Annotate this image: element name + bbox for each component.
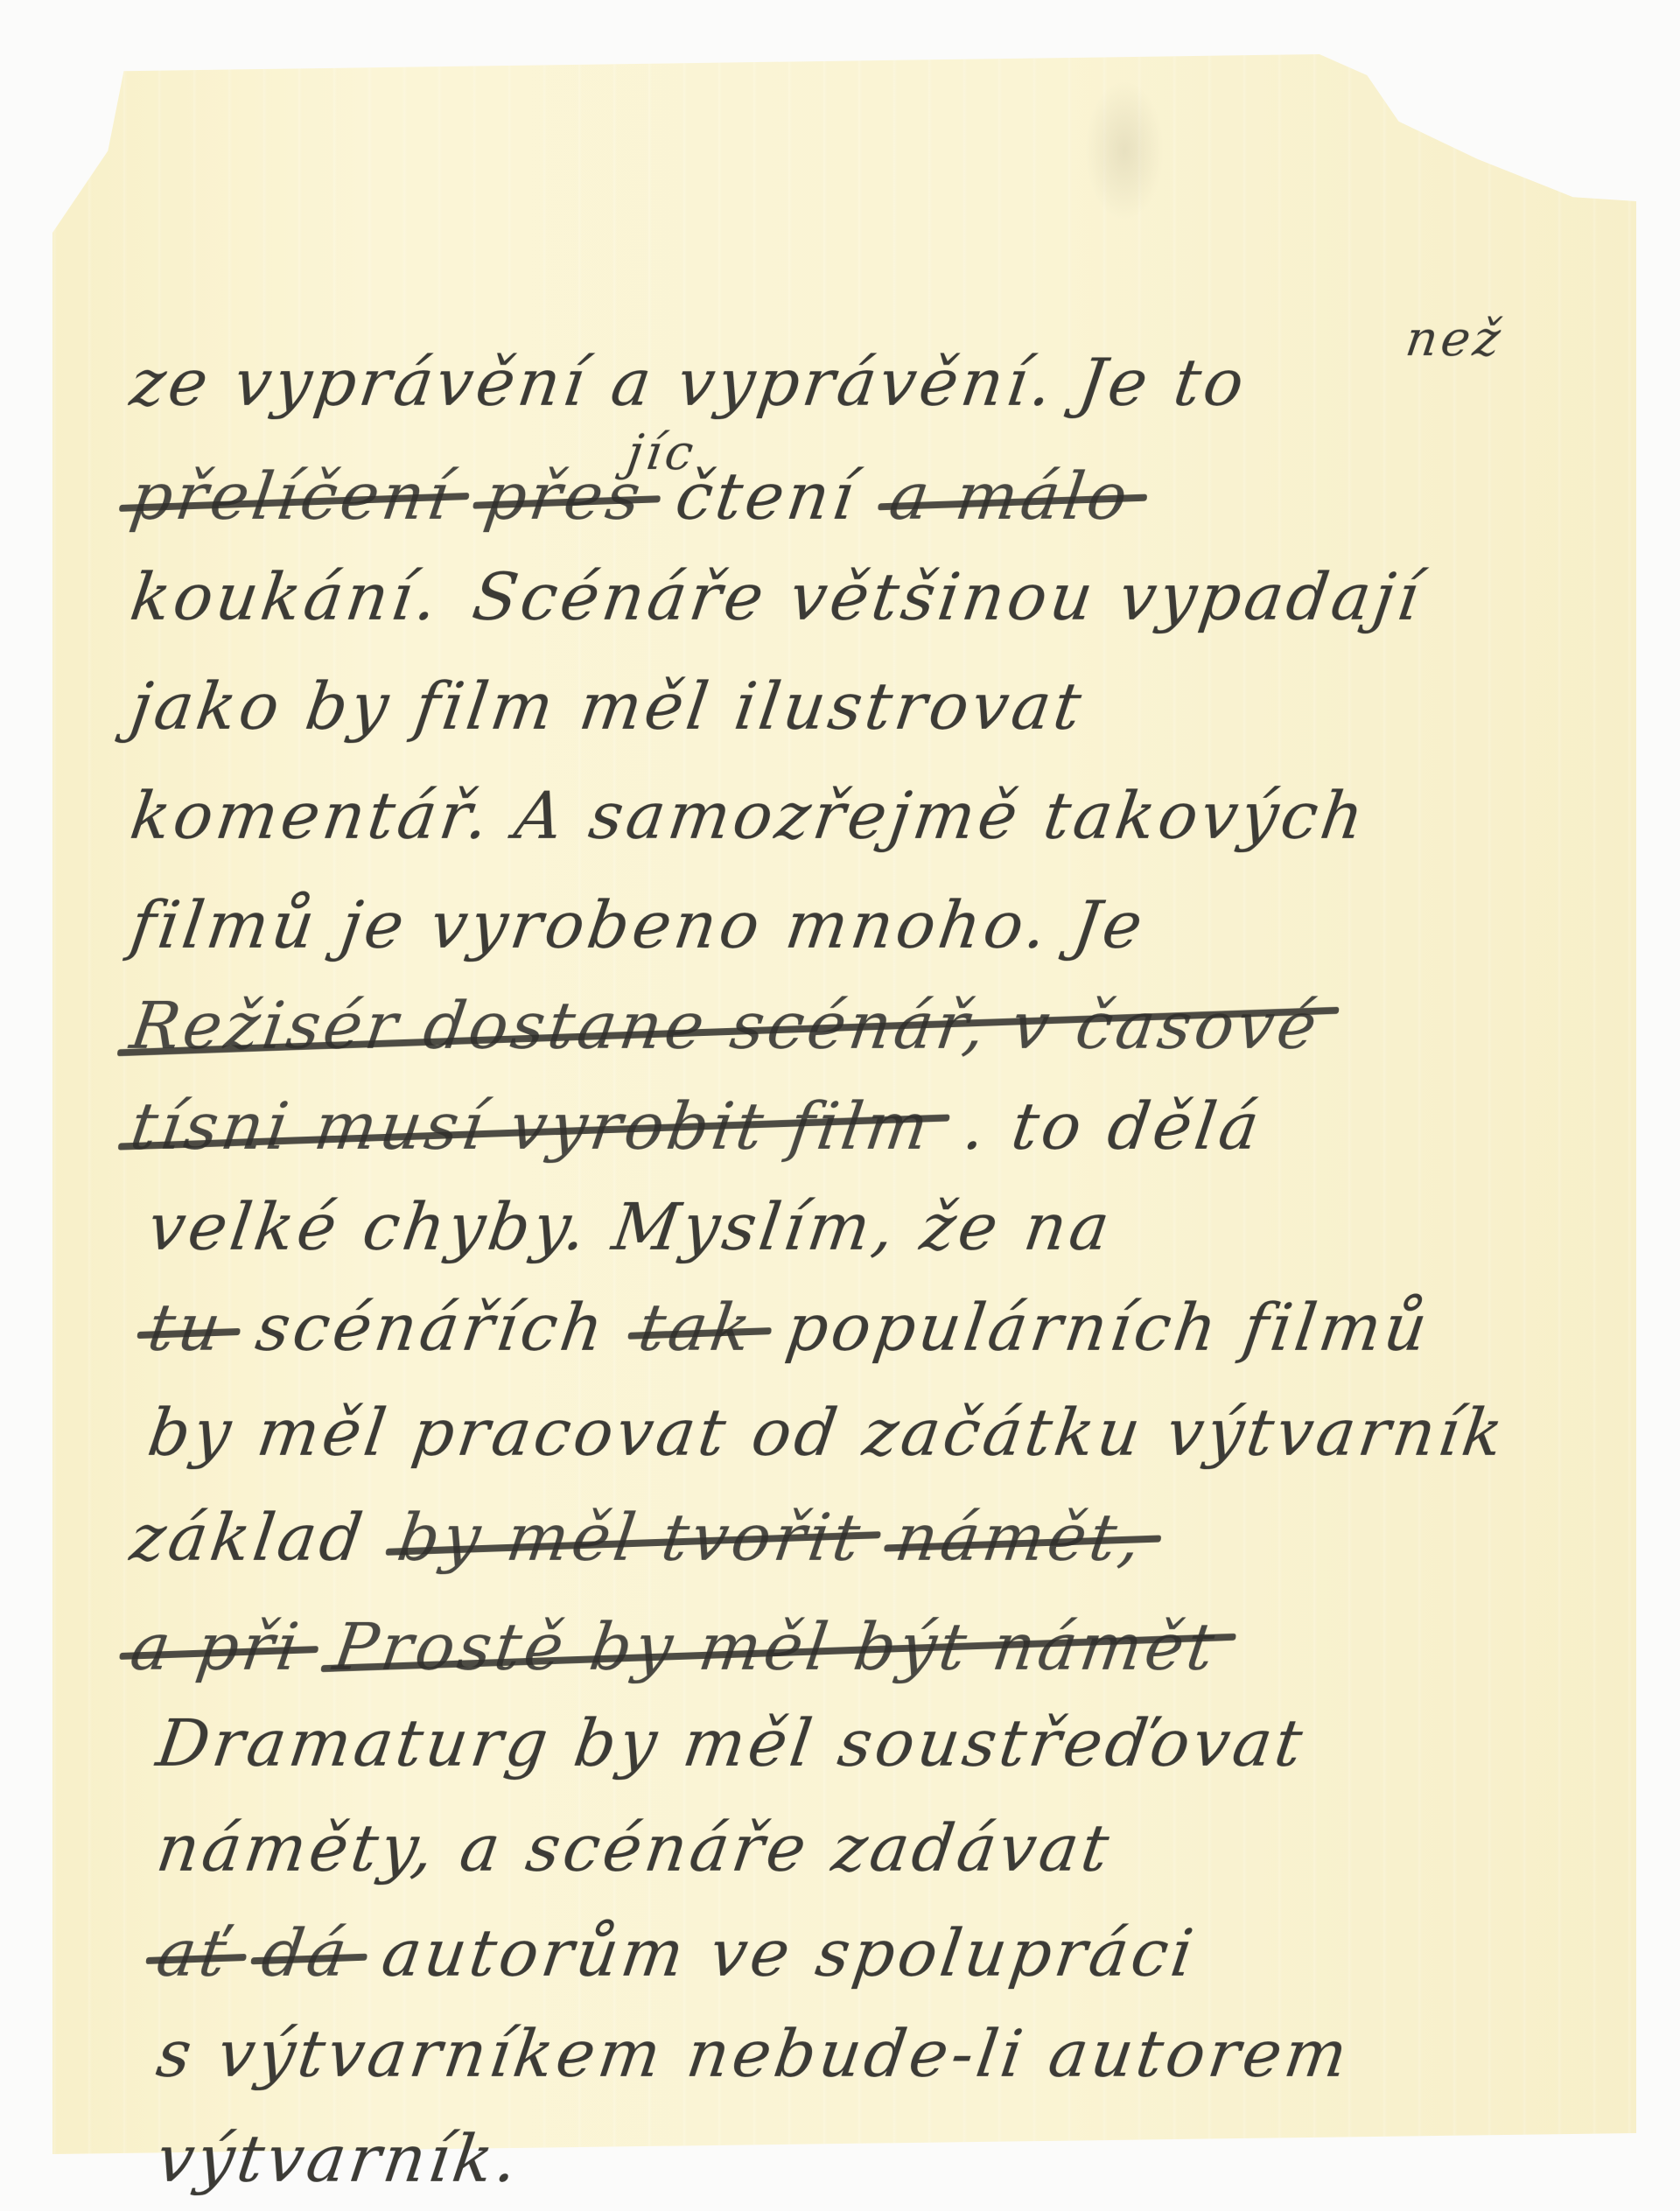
struck-text: Režisér dostane scénář, v časové (126, 989, 1325, 1064)
text-segment: ze vyprávění a vyprávění. Je to (126, 346, 1252, 421)
struck-text: tísni musí vyrobit film (126, 1089, 936, 1165)
manuscript-line: Dramaturg by měl soustřeďovat (152, 1706, 1343, 1781)
struck-text: a při (126, 1610, 306, 1685)
manuscript-line: s výtvarníkem nebude-li autorem (152, 2017, 1389, 2092)
text-segment: autorům ve spolupráci (377, 1916, 1200, 1991)
text-segment: s výtvarníkem nebude-li autorem (152, 2017, 1355, 2092)
text-segment: náměty, a scénáře zadávat (152, 1811, 1116, 1886)
manuscript-line: aťdáautorům ve spolupráci (152, 1916, 1235, 1991)
struck-text: by měl tvořit (393, 1501, 868, 1576)
manuscript-line: by měl pracovat od začátku výtvarník (143, 1396, 1544, 1471)
struck-text: dá (257, 1916, 355, 1991)
struck-text: tu (143, 1291, 228, 1366)
text-segment: by měl pracovat od začátku výtvarník (143, 1396, 1511, 1471)
manuscript-line: Režisér dostane scénář, v časové (126, 989, 1358, 1064)
manuscript-line: velké chyby. Myslím, že na (143, 1190, 1151, 1265)
struck-text: Prostě by měl být námět (329, 1610, 1222, 1685)
manuscript-line: základby měl tvořitnámět, (126, 1501, 1182, 1576)
text-segment: filmů je vyrobeno mnoho. Je (126, 888, 1151, 963)
struck-text: ať (152, 1916, 234, 1991)
text-segment: . to dělá (959, 1089, 1267, 1165)
struck-text: tak (634, 1291, 759, 1366)
text-segment: výtvarník. (152, 2122, 525, 2197)
manuscript-line: náměty, a scénáře zadávat (152, 1811, 1150, 1886)
text-segment: populárních filmů (781, 1291, 1435, 1366)
text-segment: Dramaturg by měl soustřeďovat (152, 1706, 1310, 1781)
superscript-insertion: jíc (624, 424, 701, 481)
struck-text: a málo (885, 459, 1135, 535)
text-segment: velké chyby. Myslím, že na (143, 1190, 1117, 1265)
manuscript-line: jako by film měl ilustrovat (126, 669, 1123, 745)
manuscript-line: přelíčenípřesčtenía málojíc (126, 459, 1169, 535)
manuscript-line: filmů je vyrobeno mnoho. Je (126, 888, 1184, 963)
struck-text: přelíčení (126, 459, 458, 535)
manuscript-line: výtvarník. (152, 2122, 558, 2197)
superscript-insertion: než (1403, 311, 1508, 367)
struck-text: přes (479, 459, 648, 535)
manuscript-line: ze vyprávění a vyprávění. Je tonež (126, 346, 1285, 421)
struck-text: námět, (891, 1501, 1149, 1576)
manuscript-line: tísni musí vyrobit film. to dělá (126, 1089, 1300, 1165)
text-segment: jako by film měl ilustrovat (126, 669, 1089, 745)
text-segment: komentář. A samozřejmě takových (126, 779, 1372, 854)
text-segment: scénářích (251, 1291, 611, 1366)
manuscript-line: komentář. A samozřejmě takových (126, 779, 1405, 854)
text-segment: základ (126, 1501, 370, 1576)
manuscript-line: tuscénáříchtakpopulárních filmů (143, 1291, 1468, 1366)
manuscript-line: a přiProstě by měl být námět (126, 1610, 1256, 1685)
manuscript-line: koukání.Scénáře většinou vypadají (126, 560, 1460, 635)
text-segment: koukání. (126, 560, 445, 635)
text-segment: čtení (671, 459, 862, 535)
paper-stain (1085, 80, 1164, 220)
text-segment: Scénáře většinou vypadají (468, 560, 1427, 635)
